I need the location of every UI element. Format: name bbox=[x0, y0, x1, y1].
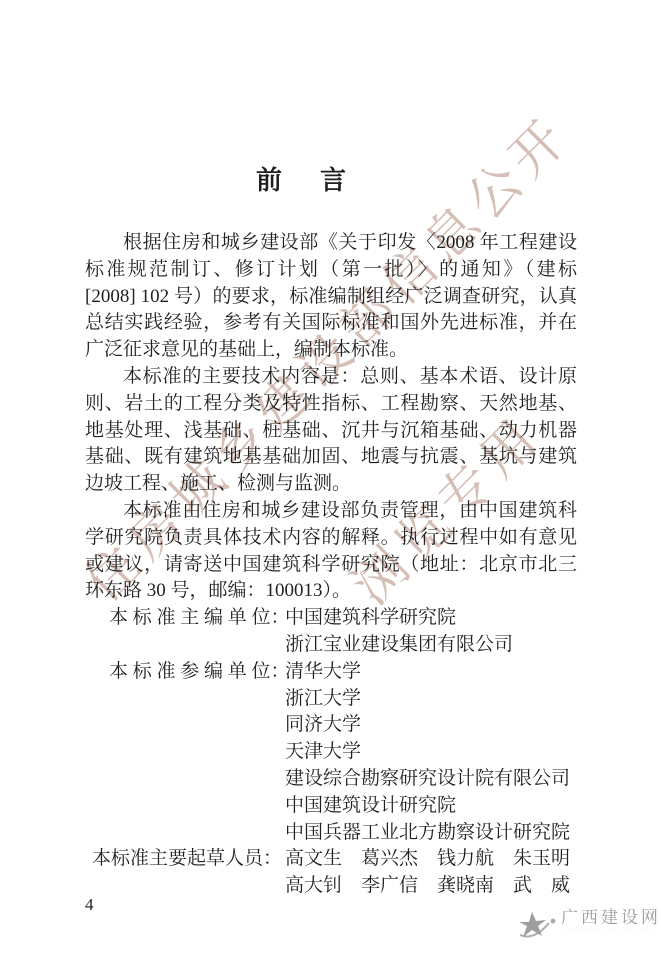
credit-row-chief-editor: 本 标 准 主 编 单 位： 中国建筑科学研究院 浙江宝业建设集团有限公司 bbox=[85, 605, 577, 659]
credit-values-drafters: 高文生 葛兴杰 钱力航 朱玉明 高大钊 李广信 龚晓南 武 威 bbox=[285, 846, 577, 900]
credit-label-participants: 本 标 准 参 编 单 位： bbox=[85, 659, 285, 847]
page-number: 4 bbox=[85, 895, 94, 915]
footer-logo-tagline: ······························· bbox=[561, 928, 661, 934]
credit-label-chief-editor: 本 标 准 主 编 单 位： bbox=[85, 605, 285, 659]
credit-value: 天津大学 bbox=[285, 739, 577, 766]
paragraph-2: 本标准的主要技术内容是：总则、基本术语、设计原则、岩土的工程分类及特性指标、工程… bbox=[85, 364, 577, 498]
title-char-2: 言 bbox=[320, 168, 346, 194]
credit-value: 中国建筑科学研究院 bbox=[285, 605, 577, 632]
credit-value: 中国兵器工业北方勘察设计研究院 bbox=[285, 820, 577, 847]
paragraph-3: 本标准由住房和城乡建设部负责管理，由中国建筑科学研究院负责具体技术内容的解释。执… bbox=[85, 498, 577, 605]
page-content: 前 言 根据住房和城乡建设部《关于印发〈2008 年工程建设标准规范制订、修订计… bbox=[0, 168, 661, 900]
footer-logo-text: 广西建设网 ······························· bbox=[561, 908, 661, 934]
credit-values-participants: 清华大学 浙江大学 同济大学 天津大学 建设综合勘察研究设计院有限公司 中国建筑… bbox=[285, 659, 577, 847]
credit-value: 同济大学 bbox=[285, 712, 577, 739]
document-page: 住房城乡建设部信息公开 浏览专用 前 言 根据住房和城乡建设部《关于印发〈200… bbox=[0, 0, 661, 958]
credit-row-participants: 本 标 准 参 编 单 位： 清华大学 浙江大学 同济大学 天津大学 建设综合勘… bbox=[85, 659, 577, 847]
credit-value: 高大钊 李广信 龚晓南 武 威 bbox=[285, 873, 577, 900]
credit-value: 清华大学 bbox=[285, 659, 577, 686]
body-text: 根据住房和城乡建设部《关于印发〈2008 年工程建设标准规范制订、修订计划（第一… bbox=[85, 230, 577, 900]
paragraph-1: 根据住房和城乡建设部《关于印发〈2008 年工程建设标准规范制订、修订计划（第一… bbox=[85, 230, 577, 364]
credit-value: 高文生 葛兴杰 钱力航 朱玉明 bbox=[285, 846, 577, 873]
credit-values-chief-editor: 中国建筑科学研究院 浙江宝业建设集团有限公司 bbox=[285, 605, 577, 659]
credit-row-drafters: 本标准主要起草人员： 高文生 葛兴杰 钱力航 朱玉明 高大钊 李广信 龚晓南 武… bbox=[85, 846, 577, 900]
page-title: 前 言 bbox=[55, 168, 547, 194]
footer-logo-name: 广西建设网 bbox=[561, 908, 661, 928]
title-char-1: 前 bbox=[256, 168, 282, 194]
footer-logo: 广西建设网 ······························· bbox=[518, 908, 661, 949]
credit-value: 浙江宝业建设集团有限公司 bbox=[285, 632, 577, 659]
credit-value: 建设综合勘察研究设计院有限公司 bbox=[285, 766, 577, 793]
credit-value: 浙江大学 bbox=[285, 686, 577, 713]
shooting-star-icon bbox=[518, 910, 558, 949]
credit-label-drafters: 本标准主要起草人员： bbox=[85, 846, 285, 900]
credit-value: 中国建筑设计研究院 bbox=[285, 793, 577, 820]
